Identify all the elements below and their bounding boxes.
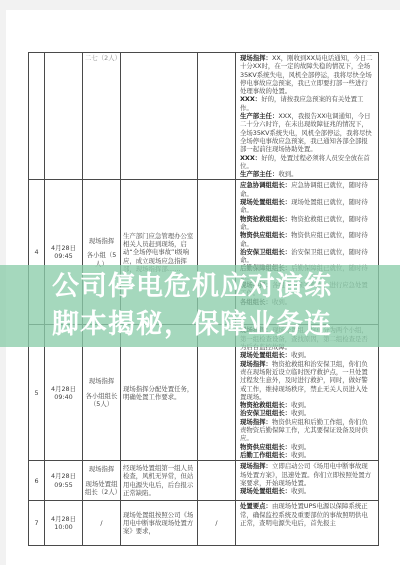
- note-cell: [198, 53, 236, 180]
- role-title: 现场指挥: [85, 377, 118, 385]
- dialogue-text: 收到。: [291, 487, 310, 495]
- time-cell: 4月28日 09:55: [45, 461, 83, 501]
- note-cell: /: [198, 501, 236, 546]
- overlay-title-line-2: 脚本揭秘，保障业务连: [52, 306, 362, 344]
- role-cell: 现场指挥 现场处置组组长（2人）: [83, 461, 121, 501]
- time-cell: 4月28日 10:00: [45, 501, 83, 546]
- role-cell: /: [83, 501, 121, 546]
- speaker: 现场指挥：: [240, 360, 272, 368]
- dialogue-text: 收到。: [291, 451, 310, 459]
- table-row: 6 4月28日 09:55 现场指挥 现场处置组组长（2人） 经现场处置组第一组…: [29, 461, 379, 501]
- dialogue-text: 收到。: [278, 170, 297, 178]
- speaker: 物资抢救组组长：: [240, 215, 291, 223]
- speaker: XXX：: [240, 154, 261, 162]
- speaker: XXX：: [240, 95, 261, 103]
- action-cell: 现场处置组按照公司《场用电中断事故现场处置方案》要求，: [121, 501, 198, 546]
- action-cell: [121, 53, 198, 180]
- dialogue-text: 收到。: [291, 409, 310, 417]
- dialogue-cell: 处置要点：由现场处置UPS电源以保障系统正常，确保监控系统及重要部位的事故照明供…: [236, 501, 379, 546]
- role-title: 现场指挥: [85, 465, 118, 473]
- table-row: 7 4月28日 10:00 / 现场处置组按照公司《场用电中断事故现场处置方案》…: [29, 501, 379, 546]
- dialogue-cell: 现场指挥：XX，刚收到XX局电话通知，今日二十分XX时，在一定的故障失稳的情况下…: [236, 53, 379, 180]
- role-title: 现场指挥: [85, 237, 118, 245]
- role-text: 现场处置组组长（2人）: [85, 480, 118, 497]
- speaker: 生产部主任：: [240, 170, 278, 178]
- speaker: 应急协调组组长：: [240, 181, 291, 189]
- role-cell: 二七（2人）: [83, 53, 121, 180]
- seq-cell: 7: [29, 501, 45, 546]
- speaker: 现场指挥：: [240, 462, 272, 470]
- speaker: 治安保卫组组长：: [240, 409, 291, 417]
- speaker: 现场处置组组长：: [240, 198, 291, 206]
- dialogue-cell: 现场指挥：立即启动公司《场用电中断事故现场处置方案》，迅速处置。你们立即按照处置…: [236, 461, 379, 501]
- note-cell: [198, 461, 236, 501]
- speaker: 现场指挥：: [240, 418, 272, 426]
- action-cell: 经现场处置组第一组人员检查，风机无异常，但站用电源失电后，后台报示正常缺陷。: [121, 461, 198, 501]
- speaker: 物资供应组组长：: [240, 231, 291, 239]
- role-text: 二七（2人）: [85, 54, 121, 62]
- speaker: 现场指挥：: [240, 54, 272, 62]
- time-cell: [45, 53, 83, 180]
- speaker: 物资供应组组长：: [240, 443, 291, 451]
- speaker: 现场处置组组长：: [240, 351, 291, 359]
- speaker: 治安保卫组组长：: [240, 248, 291, 256]
- speaker: 处置要点：: [240, 502, 272, 510]
- overlay-title-line-1: 公司停电危机应对演练: [52, 268, 362, 306]
- seq-cell: 6: [29, 461, 45, 501]
- dialogue-text: 收到。: [291, 401, 310, 409]
- speaker: 生产部主任：: [240, 112, 278, 120]
- speaker: 现场处置组组长：: [240, 487, 291, 495]
- dialogue-text: 收到。: [291, 443, 310, 451]
- speaker: 物资抢救组组长：: [240, 401, 291, 409]
- overlay-title: 公司停电危机应对演练 脚本揭秘，保障业务连: [52, 268, 362, 344]
- seq-cell: [29, 53, 45, 180]
- table-row: 二七（2人） 现场指挥：XX，刚收到XX局电话通知，今日二十分XX时，在一定的故…: [29, 53, 379, 180]
- role-text: 各小组组长（5人）: [85, 392, 118, 409]
- dialogue-text: 收到。: [291, 351, 310, 359]
- speaker: 后勤工作组组长：: [240, 451, 291, 459]
